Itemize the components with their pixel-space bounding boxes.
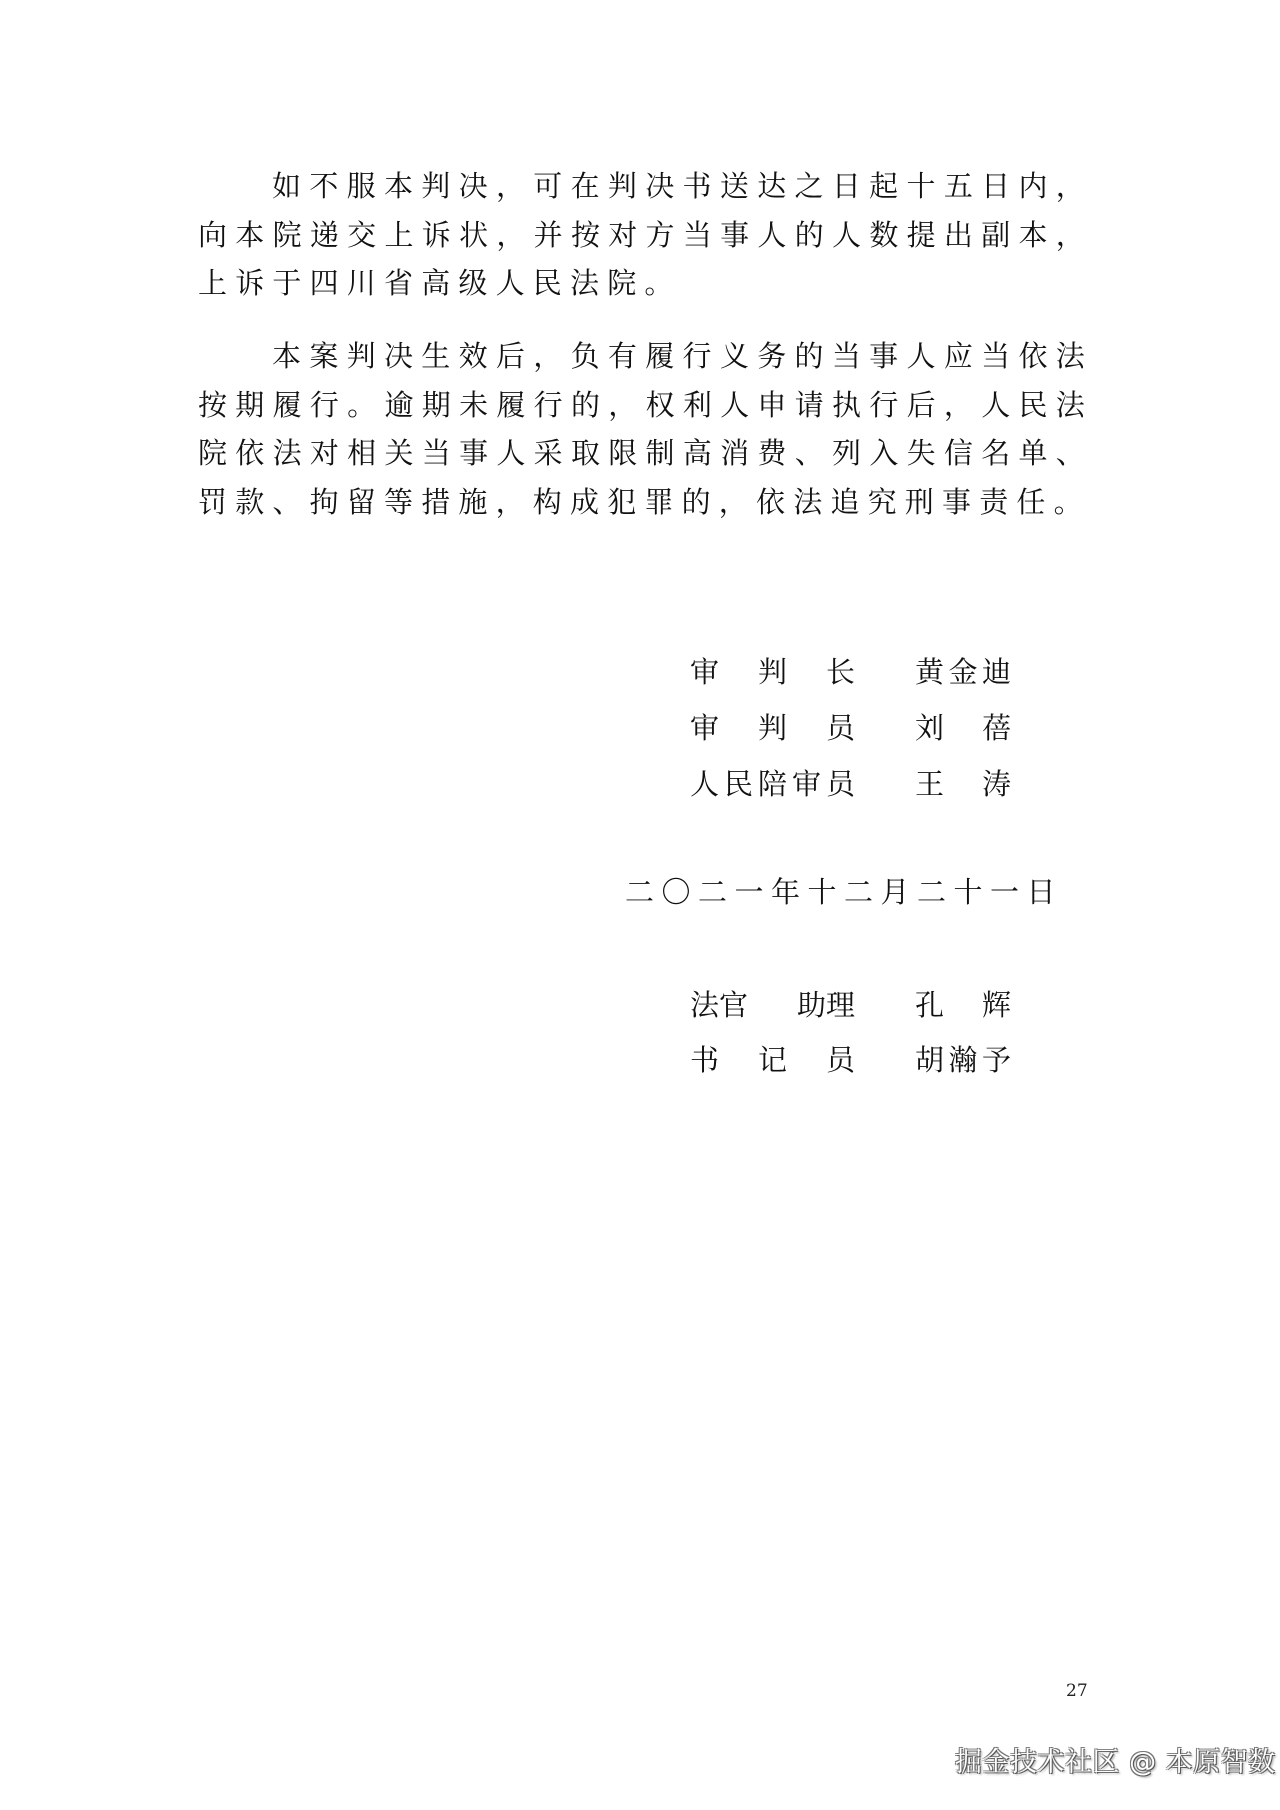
role-char: 审 [690, 708, 719, 748]
role-char: 判 [758, 708, 787, 748]
role-char: 员 [826, 764, 855, 804]
judgment-date: 二〇二一年十二月二十一日 [625, 872, 1063, 912]
name-char: 迪 [982, 652, 1011, 692]
signature-role: 人 民 陪 审 员 [690, 764, 855, 804]
role-char: 审 [792, 764, 821, 804]
role-char: 人 [690, 764, 719, 804]
signature-name: 孔 辉 [915, 985, 1011, 1025]
name-char: 胡 [915, 1040, 944, 1080]
name-char: 黄 [915, 652, 944, 692]
name-char: 王 [915, 764, 944, 804]
signature-name: 黄 金 迪 [915, 652, 1011, 692]
name-char: 予 [982, 1040, 1011, 1080]
document-page: 如不服本判决，可在判决书送达之日起十五日内，向本院递交上诉状，并按对方当事人的人… [0, 0, 1280, 1810]
role-char: 民 [724, 764, 753, 804]
name-char: 辉 [982, 985, 1011, 1025]
name-char: 瀚 [948, 1040, 977, 1080]
page-number: 27 [1066, 1681, 1088, 1701]
signature-role: 审 判 员 [690, 708, 855, 748]
name-char: 孔 [915, 985, 944, 1025]
name-char: 金 [948, 652, 977, 692]
role-char: 判 [758, 652, 787, 692]
role-char: 员 [826, 1040, 855, 1080]
name-char: 涛 [982, 764, 1011, 804]
watermark: 掘金技术社区 @ 本原智数 [955, 1740, 1276, 1779]
role-char: 记 [758, 1040, 787, 1080]
name-char: 刘 [915, 708, 944, 748]
role-char: 助理 [797, 985, 855, 1025]
name-char: 蓓 [982, 708, 1011, 748]
role-char: 长 [826, 652, 855, 692]
role-char: 员 [826, 708, 855, 748]
signature-name: 刘 蓓 [915, 708, 1011, 748]
role-char: 书 [690, 1040, 719, 1080]
signature-role: 审 判 长 [690, 652, 855, 692]
enforcement-notice-paragraph: 本案判决生效后，负有履行义务的当事人应当依法按期履行。逾期未履行的，权利人申请执… [198, 332, 1093, 526]
signature-role: 法官 助理 [690, 985, 855, 1025]
signature-name: 王 涛 [915, 764, 1011, 804]
role-char: 法官 [690, 985, 748, 1025]
role-char: 陪 [758, 764, 787, 804]
signature-role: 书 记 员 [690, 1040, 855, 1080]
signature-name: 胡 瀚 予 [915, 1040, 1011, 1080]
role-char: 审 [690, 652, 719, 692]
appeal-notice-paragraph: 如不服本判决，可在判决书送达之日起十五日内，向本院递交上诉状，并按对方当事人的人… [198, 162, 1093, 308]
